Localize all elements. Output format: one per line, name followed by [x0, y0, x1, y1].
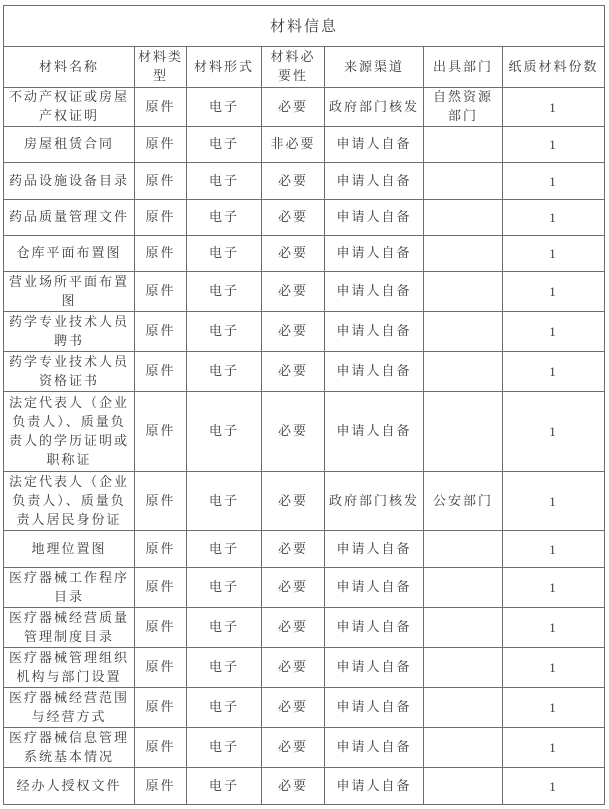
cell-issuing-dept [424, 648, 503, 688]
cell-issuing-dept [424, 768, 503, 805]
cell-material-type: 原件 [135, 688, 187, 728]
cell-material-form: 电子 [187, 200, 262, 236]
table-row: 医疗器械经营范围与经营方式原件电子必要申请人自备1 [4, 688, 605, 728]
cell-necessity: 必要 [262, 352, 325, 392]
table-row: 药品质量管理文件原件电子必要申请人自备1 [4, 200, 605, 236]
cell-material-form: 电子 [187, 392, 262, 472]
cell-material-form: 电子 [187, 163, 262, 200]
cell-necessity: 必要 [262, 392, 325, 472]
cell-issuing-dept [424, 568, 503, 608]
cell-material-form: 电子 [187, 88, 262, 127]
table-row: 地理位置图原件电子必要申请人自备1 [4, 531, 605, 568]
cell-source: 申请人自备 [325, 608, 424, 648]
cell-necessity: 必要 [262, 608, 325, 648]
cell-material-name: 不动产权证或房屋产权证明 [4, 88, 135, 127]
cell-material-name: 药学专业技术人员资格证书 [4, 352, 135, 392]
cell-paper-copies: 1 [503, 768, 605, 805]
table-title: 材料信息 [4, 6, 605, 47]
cell-necessity: 必要 [262, 312, 325, 352]
cell-source: 申请人自备 [325, 312, 424, 352]
cell-material-type: 原件 [135, 392, 187, 472]
cell-issuing-dept: 自然资源部门 [424, 88, 503, 127]
table-row: 经办人授权文件原件电子必要申请人自备1 [4, 768, 605, 805]
cell-material-name: 药品设施设备目录 [4, 163, 135, 200]
header-necessity: 材料必要性 [262, 47, 325, 88]
cell-paper-copies: 1 [503, 236, 605, 272]
cell-material-name: 仓库平面布置图 [4, 236, 135, 272]
cell-source: 政府部门核发 [325, 472, 424, 531]
header-paper-copies: 纸质材料份数 [503, 47, 605, 88]
cell-source: 申请人自备 [325, 688, 424, 728]
cell-necessity: 必要 [262, 531, 325, 568]
cell-source: 申请人自备 [325, 352, 424, 392]
cell-necessity: 必要 [262, 568, 325, 608]
cell-material-form: 电子 [187, 127, 262, 163]
cell-material-type: 原件 [135, 88, 187, 127]
cell-paper-copies: 1 [503, 88, 605, 127]
cell-material-type: 原件 [135, 352, 187, 392]
table-row: 医疗器械经营质量管理制度目录原件电子必要申请人自备1 [4, 608, 605, 648]
cell-source: 申请人自备 [325, 728, 424, 768]
cell-necessity: 必要 [262, 236, 325, 272]
cell-material-name: 医疗器械管理组织机构与部门设置 [4, 648, 135, 688]
cell-material-form: 电子 [187, 768, 262, 805]
cell-material-name: 医疗器械信息管理系统基本情况 [4, 728, 135, 768]
cell-necessity: 必要 [262, 163, 325, 200]
cell-paper-copies: 1 [503, 608, 605, 648]
cell-material-type: 原件 [135, 200, 187, 236]
materials-table: 材料信息 材料名称 材料类型 材料形式 材料必要性 来源渠道 出具部门 纸质材料… [3, 5, 605, 805]
cell-issuing-dept [424, 688, 503, 728]
cell-material-name: 医疗器械经营范围与经营方式 [4, 688, 135, 728]
cell-necessity: 必要 [262, 272, 325, 312]
cell-paper-copies: 1 [503, 531, 605, 568]
table-row: 房屋租赁合同原件电子非必要申请人自备1 [4, 127, 605, 163]
table-row: 药学专业技术人员资格证书原件电子必要申请人自备1 [4, 352, 605, 392]
cell-paper-copies: 1 [503, 392, 605, 472]
cell-necessity: 必要 [262, 88, 325, 127]
cell-issuing-dept [424, 728, 503, 768]
cell-paper-copies: 1 [503, 648, 605, 688]
cell-material-form: 电子 [187, 648, 262, 688]
table-row: 药品设施设备目录原件电子必要申请人自备1 [4, 163, 605, 200]
cell-issuing-dept [424, 312, 503, 352]
cell-source: 申请人自备 [325, 200, 424, 236]
cell-necessity: 必要 [262, 688, 325, 728]
cell-issuing-dept [424, 127, 503, 163]
header-source: 来源渠道 [325, 47, 424, 88]
cell-issuing-dept [424, 392, 503, 472]
table-row: 不动产权证或房屋产权证明原件电子必要政府部门核发自然资源部门1 [4, 88, 605, 127]
cell-material-type: 原件 [135, 236, 187, 272]
cell-paper-copies: 1 [503, 352, 605, 392]
cell-paper-copies: 1 [503, 272, 605, 312]
cell-material-form: 电子 [187, 236, 262, 272]
table-row: 医疗器械管理组织机构与部门设置原件电子必要申请人自备1 [4, 648, 605, 688]
cell-material-form: 电子 [187, 312, 262, 352]
cell-paper-copies: 1 [503, 200, 605, 236]
cell-material-type: 原件 [135, 648, 187, 688]
cell-source: 申请人自备 [325, 236, 424, 272]
cell-source: 申请人自备 [325, 163, 424, 200]
header-row: 材料名称 材料类型 材料形式 材料必要性 来源渠道 出具部门 纸质材料份数 [4, 47, 605, 88]
table-row: 法定代表人（企业负责人）、质量负责人居民身份证原件电子必要政府部门核发公安部门1 [4, 472, 605, 531]
cell-material-name: 法定代表人（企业负责人）、质量负责人的学历证明或职称证 [4, 392, 135, 472]
cell-necessity: 必要 [262, 200, 325, 236]
cell-issuing-dept [424, 272, 503, 312]
cell-material-type: 原件 [135, 728, 187, 768]
cell-issuing-dept: 公安部门 [424, 472, 503, 531]
cell-material-form: 电子 [187, 728, 262, 768]
cell-necessity: 必要 [262, 648, 325, 688]
table-row: 药学专业技术人员聘书原件电子必要申请人自备1 [4, 312, 605, 352]
cell-source: 申请人自备 [325, 392, 424, 472]
cell-source: 申请人自备 [325, 531, 424, 568]
cell-material-form: 电子 [187, 352, 262, 392]
cell-source: 申请人自备 [325, 272, 424, 312]
cell-material-name: 经办人授权文件 [4, 768, 135, 805]
cell-source: 申请人自备 [325, 568, 424, 608]
cell-paper-copies: 1 [503, 568, 605, 608]
cell-material-name: 地理位置图 [4, 531, 135, 568]
cell-material-form: 电子 [187, 472, 262, 531]
cell-material-type: 原件 [135, 568, 187, 608]
table-row: 营业场所平面布置图原件电子必要申请人自备1 [4, 272, 605, 312]
cell-necessity: 必要 [262, 472, 325, 531]
cell-issuing-dept [424, 236, 503, 272]
cell-issuing-dept [424, 531, 503, 568]
cell-material-name: 药学专业技术人员聘书 [4, 312, 135, 352]
cell-material-form: 电子 [187, 608, 262, 648]
cell-material-form: 电子 [187, 272, 262, 312]
cell-paper-copies: 1 [503, 312, 605, 352]
cell-source: 申请人自备 [325, 127, 424, 163]
header-material-form: 材料形式 [187, 47, 262, 88]
cell-material-type: 原件 [135, 531, 187, 568]
cell-source: 申请人自备 [325, 648, 424, 688]
cell-material-type: 原件 [135, 608, 187, 648]
cell-material-form: 电子 [187, 531, 262, 568]
cell-material-form: 电子 [187, 688, 262, 728]
header-material-type: 材料类型 [135, 47, 187, 88]
cell-issuing-dept [424, 352, 503, 392]
cell-material-name: 药品质量管理文件 [4, 200, 135, 236]
cell-source: 申请人自备 [325, 768, 424, 805]
cell-material-type: 原件 [135, 312, 187, 352]
cell-paper-copies: 1 [503, 728, 605, 768]
table-row: 医疗器械工作程序目录原件电子必要申请人自备1 [4, 568, 605, 608]
cell-material-type: 原件 [135, 472, 187, 531]
cell-necessity: 非必要 [262, 127, 325, 163]
cell-issuing-dept [424, 163, 503, 200]
cell-material-type: 原件 [135, 127, 187, 163]
cell-material-name: 房屋租赁合同 [4, 127, 135, 163]
cell-material-name: 法定代表人（企业负责人）、质量负责人居民身份证 [4, 472, 135, 531]
cell-material-type: 原件 [135, 768, 187, 805]
cell-material-type: 原件 [135, 163, 187, 200]
table-row: 仓库平面布置图原件电子必要申请人自备1 [4, 236, 605, 272]
cell-issuing-dept [424, 200, 503, 236]
cell-paper-copies: 1 [503, 688, 605, 728]
cell-material-name: 医疗器械经营质量管理制度目录 [4, 608, 135, 648]
cell-source: 政府部门核发 [325, 88, 424, 127]
cell-issuing-dept [424, 608, 503, 648]
cell-necessity: 必要 [262, 768, 325, 805]
cell-paper-copies: 1 [503, 127, 605, 163]
cell-material-name: 营业场所平面布置图 [4, 272, 135, 312]
cell-material-name: 医疗器械工作程序目录 [4, 568, 135, 608]
table-row: 法定代表人（企业负责人）、质量负责人的学历证明或职称证原件电子必要申请人自备1 [4, 392, 605, 472]
table-row: 医疗器械信息管理系统基本情况原件电子必要申请人自备1 [4, 728, 605, 768]
header-issuing-dept: 出具部门 [424, 47, 503, 88]
cell-necessity: 必要 [262, 728, 325, 768]
cell-paper-copies: 1 [503, 163, 605, 200]
cell-material-form: 电子 [187, 568, 262, 608]
cell-paper-copies: 1 [503, 472, 605, 531]
cell-material-type: 原件 [135, 272, 187, 312]
header-material-name: 材料名称 [4, 47, 135, 88]
